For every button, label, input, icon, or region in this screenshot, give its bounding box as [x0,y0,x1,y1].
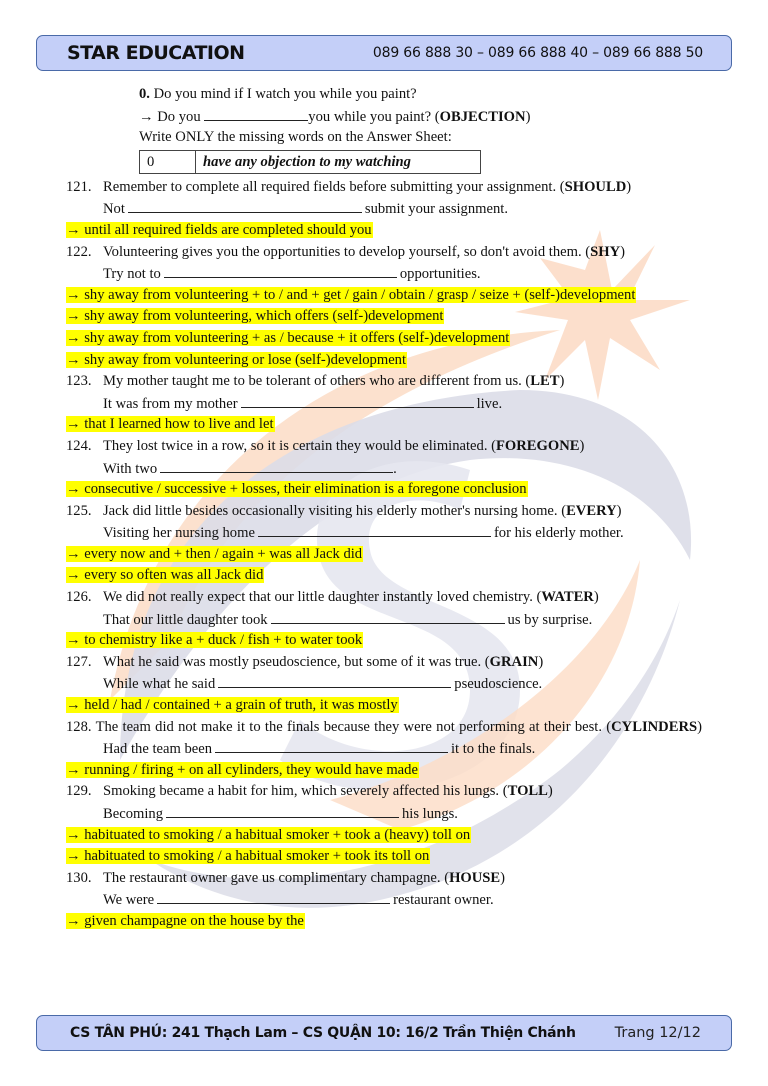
question-prompt: Notsubmit your assignment. [0,198,768,220]
example-answer-table: 0have any objection to my watching [139,150,481,174]
answer-blank [241,393,474,408]
answer-key: → habituated to smoking / a habitual smo… [0,825,768,847]
answer-key: → running / firing + on all cylinders, t… [0,760,768,782]
question-prompt: We wererestaurant owner. [0,889,768,911]
answer-key: → every so often was all Jack did [0,565,768,587]
question-prompt: It was from my motherlive. [0,393,768,415]
question-sentence: 128. The team did not make it to the fin… [0,717,768,739]
question-prompt: Visiting her nursing homefor his elderly… [0,522,768,544]
answer-blank [157,889,390,904]
answer-key: → shy away from volunteering, which offe… [0,306,768,328]
page-number: Trang 12/12 [615,1025,701,1041]
answer-text: have any objection to my watching [196,150,481,173]
answer-blank [258,522,491,537]
question-sentence: 129.Smoking became a habit for him, whic… [0,781,768,803]
answer-blank [160,458,393,473]
example-instruction: Write ONLY the missing words on the Answ… [0,127,768,149]
question-prompt: Try not toopportunities. [0,263,768,285]
question-sentence: 124.They lost twice in a row, so it is c… [0,436,768,458]
answer-key: → shy away from volunteering or lose (se… [0,350,768,372]
question-prompt: While what he saidpseudoscience. [0,673,768,695]
answer-blank [271,609,505,624]
question-list: 121.Remember to complete all required fi… [0,177,768,933]
question-sentence: 127.What he said was mostly pseudoscienc… [0,652,768,674]
answer-blank [218,673,451,688]
question-sentence: 125.Jack did little besides occasionally… [0,501,768,523]
answer-blank [128,198,362,213]
answer-blank [164,263,397,278]
answer-key: → shy away from volunteering + as / beca… [0,328,768,350]
example-sentence: 0. Do you mind if I watch you while you … [0,84,768,106]
answer-blank [215,738,448,753]
answer-key: → that I learned how to live and let [0,414,768,436]
exercise-content: 0. Do you mind if I watch you while you … [0,84,768,933]
question-sentence: 123.My mother taught me to be tolerant o… [0,371,768,393]
answer-key: → every now and + then / again + was all… [0,544,768,566]
question-sentence: 122.Volunteering gives you the opportuni… [0,242,768,264]
campus-address: CS TÂN PHÚ: 241 Thạch Lam – CS QUẬN 10: … [70,1025,576,1041]
question-prompt: That our little daughter tookus by surpr… [0,609,768,631]
question-sentence: 130.The restaurant owner gave us complim… [0,868,768,890]
answer-key: → consecutive / successive + losses, the… [0,479,768,501]
answer-key: → given champagne on the house by the [0,911,768,933]
phone-numbers: 089 66 888 30 – 089 66 888 40 – 089 66 8… [373,45,703,61]
question-prompt: Had the team beenit to the finals. [0,738,768,760]
question-prompt: Becominghis lungs. [0,803,768,825]
example-rewrite: → Do you you while you paint? (OBJECTION… [0,106,768,128]
answer-number: 0 [140,150,196,173]
question-prompt: With two. [0,458,768,480]
answer-key: → shy away from volunteering + to / and … [0,285,768,307]
answer-key: → habituated to smoking / a habitual smo… [0,846,768,868]
answer-key: → to chemistry like a + duck / fish + to… [0,630,768,652]
brand-name: STAR EDUCATION [67,42,245,64]
header-banner: STAR EDUCATION 089 66 888 30 – 089 66 88… [36,35,732,71]
footer-banner: CS TÂN PHÚ: 241 Thạch Lam – CS QUẬN 10: … [36,1015,732,1051]
answer-blank [166,803,399,818]
example-blank [204,106,308,121]
question-sentence: 121.Remember to complete all required fi… [0,177,768,199]
question-sentence: 126.We did not really expect that our li… [0,587,768,609]
answer-key: → held / had / contained + a grain of tr… [0,695,768,717]
answer-key: → until all required fields are complete… [0,220,768,242]
